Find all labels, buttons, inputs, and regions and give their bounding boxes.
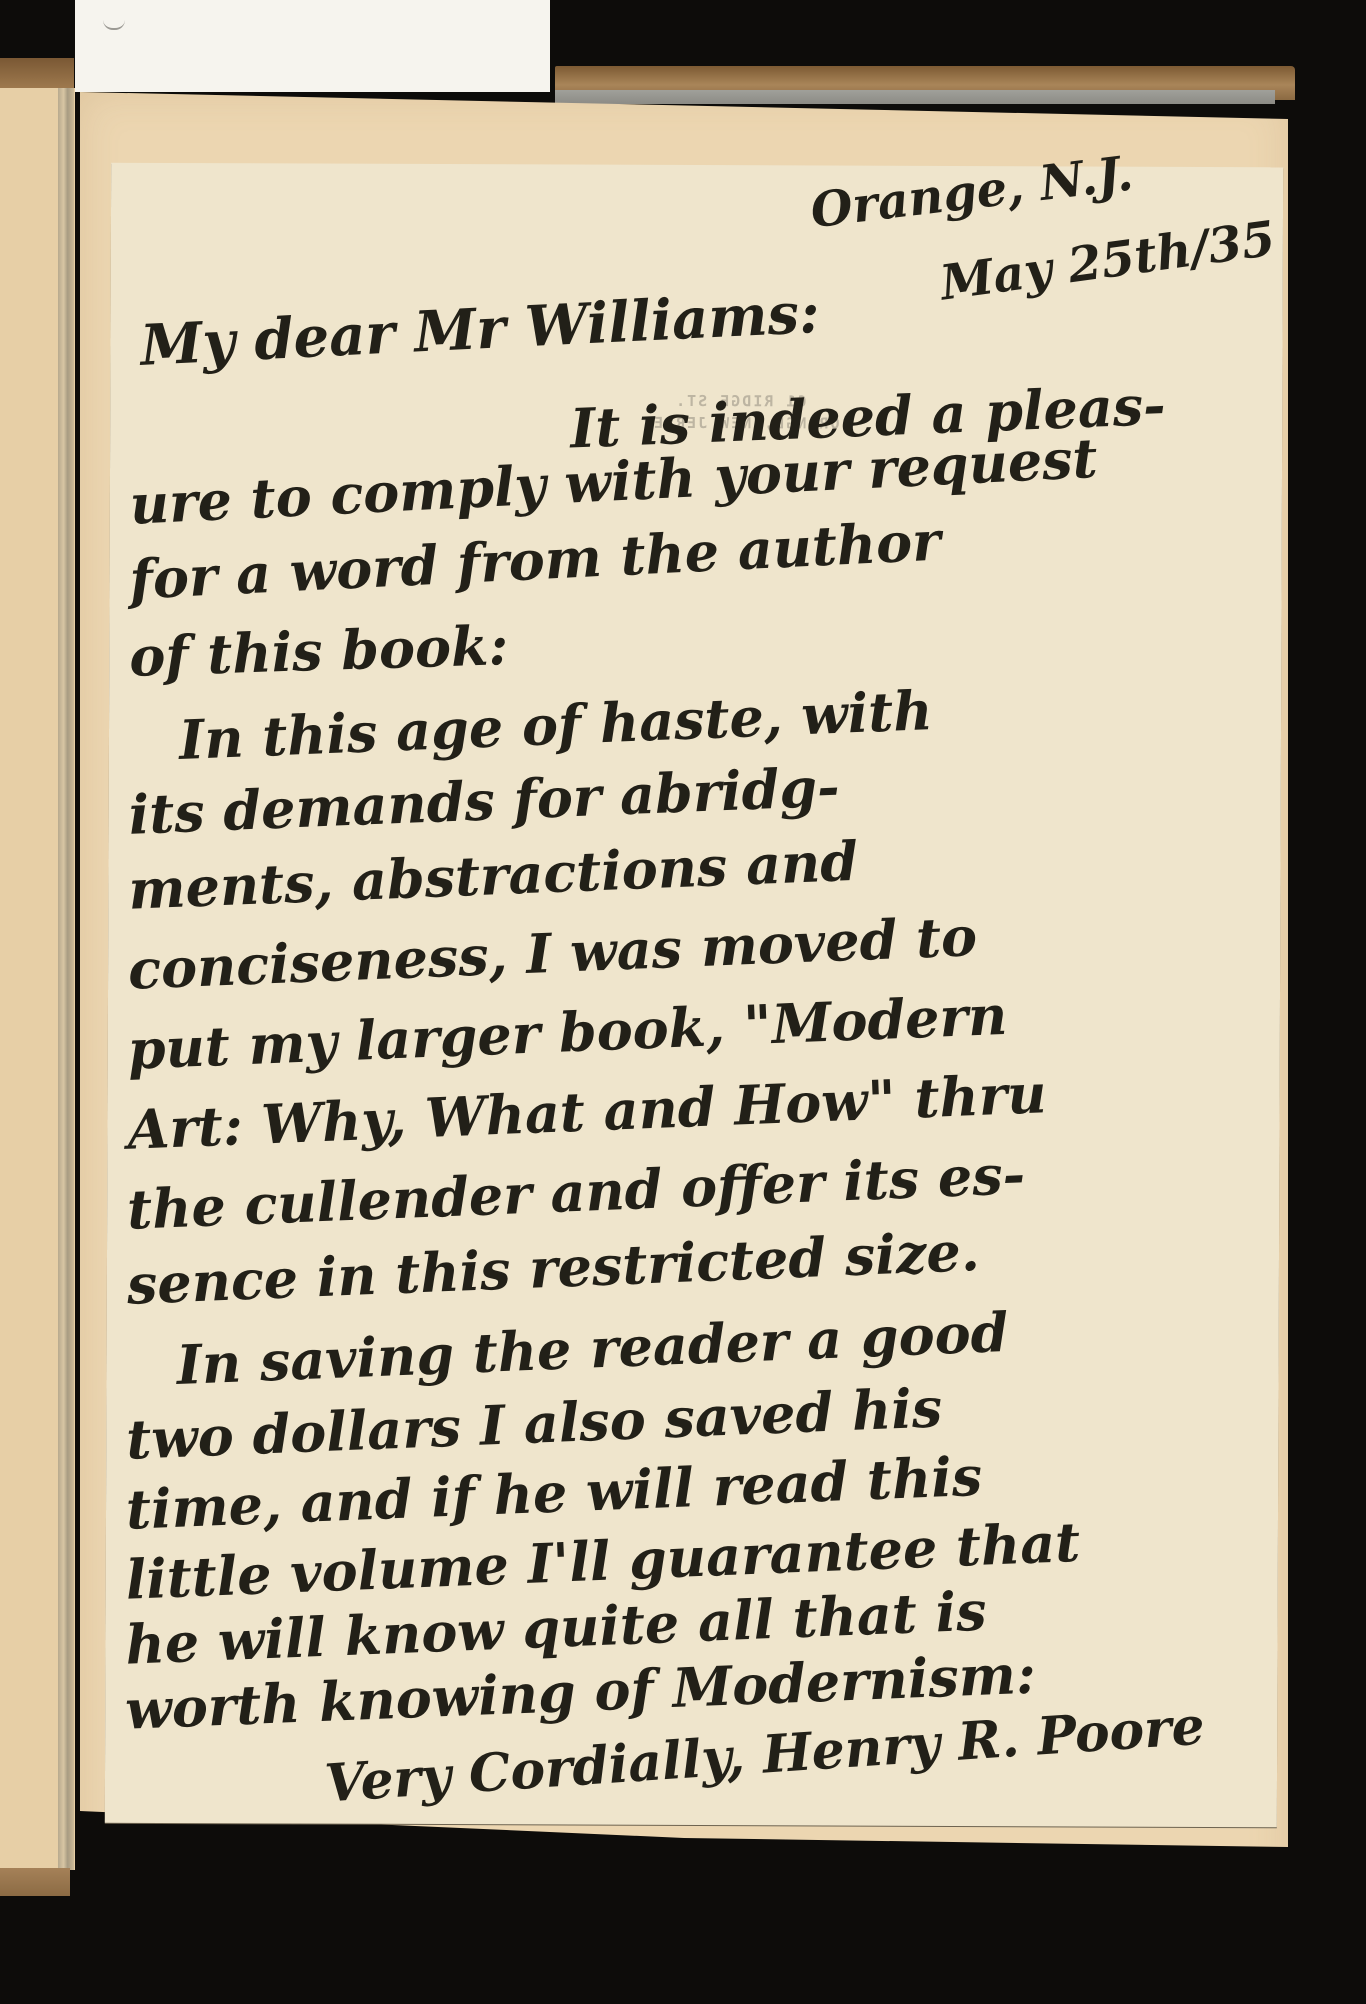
facing-page — [0, 88, 75, 1870]
letter-line: ments, abstractions and — [127, 829, 859, 922]
letter-salutation: My dear Mr Williams: — [139, 280, 821, 379]
handwritten-letter: 61 RIDGE ST. ORANGE, NEW JERSEY Orange, … — [105, 163, 1283, 1827]
letter-line: of this book: — [128, 613, 509, 689]
paper-slip — [75, 0, 550, 92]
book-cover-left-edge — [0, 58, 74, 90]
book-cover-bottom-edge — [0, 1868, 70, 1896]
pencil-mark — [103, 20, 125, 30]
letter-date: May 25th/35 — [937, 211, 1279, 312]
book-page-edges — [555, 90, 1275, 104]
book-gutter — [58, 88, 74, 1870]
letter-line: put my larger book, "Modern — [127, 983, 1009, 1082]
letter-line: conciseness, I was moved to — [127, 904, 978, 1002]
